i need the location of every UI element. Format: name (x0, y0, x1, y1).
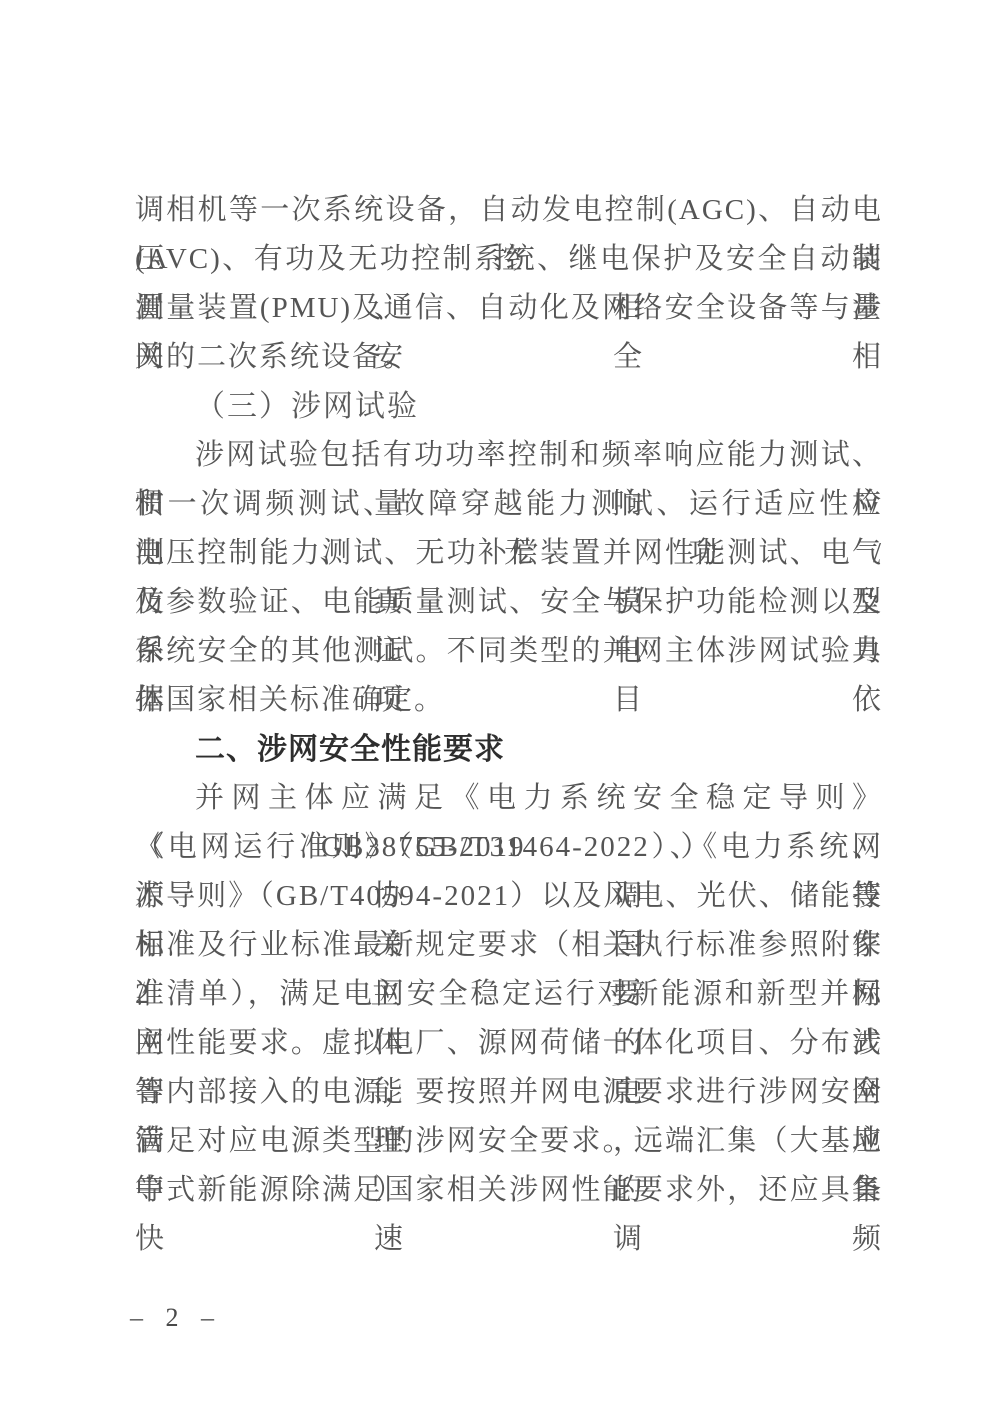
section-heading: 二、涉网安全性能要求 (135, 725, 883, 774)
body-line: 及参数验证、电能质量测试、安全与保护功能检测以及保证电力 (135, 578, 883, 627)
body-line: 涉网试验包括有功功率控制和频率响应能力测试、惯量响应 (135, 431, 883, 480)
body-line: 术导则》（GB/T40594-2021）以及风电、光伏、储能等相关国家 (135, 872, 883, 921)
body-line: 电压控制能力测试、无功补偿装置并网性能测试、电气仿真模型 (135, 529, 883, 578)
body-line: 系统安全的其他测试。不同类型的并网主体涉网试验具体项目依 (135, 627, 883, 676)
body-line: 准清单），满足电网安全稳定运行对新能源和新型并网主体的涉 (135, 970, 883, 1019)
document-lines: 调相机等一次系统设备，自动发电控制(AGC)、自动电压控制(AVC)、有功及无功… (135, 186, 883, 1215)
page-number: – 2 – (130, 1303, 222, 1333)
body-line: 等内部接入的电源，要按照并网电源要求进行涉网安全管理，应 (135, 1068, 883, 1117)
body-line: (AVC)、有功及无功控制系统、继电保护及安全自动装置、相量 (135, 235, 883, 284)
body-line: 调相机等一次系统设备，自动发电控制(AGC)、自动电压控制 (135, 186, 883, 235)
document-page: 调相机等一次系统设备，自动发电控制(AGC)、自动电压控制(AVC)、有功及无功… (0, 0, 1000, 1414)
body-line: 测量装置(PMU)及通信、自动化及网络安全设备等与涉网安全相 (135, 284, 883, 333)
subsection-heading: （三）涉网试验 (135, 382, 883, 431)
body-line: 和一次调频测试、故障穿越能力测试、运行适应性检测、无功/ (135, 480, 883, 529)
body-line: 并网主体应满足《电力系统安全稳定导则》（GB38755-2019）、 (135, 774, 883, 823)
body-line: 满足对应电源类型的涉网安全要求。远端汇集（大基地等）的集 (135, 1117, 883, 1166)
body-line: 《电网运行准则》（GB/T31464-2022）、《电力系统网源协调技 (135, 823, 883, 872)
body-line: 标准及行业标准最新规定要求（相关执行标准参照附件 2 主要标 (135, 921, 883, 970)
body-line: 中式新能源除满足国家相关涉网性能要求外，还应具备快速调频 (135, 1166, 883, 1215)
body-line: 网性能要求。虚拟电厂、源网荷储一体化项目、分布式智能电网 (135, 1019, 883, 1068)
